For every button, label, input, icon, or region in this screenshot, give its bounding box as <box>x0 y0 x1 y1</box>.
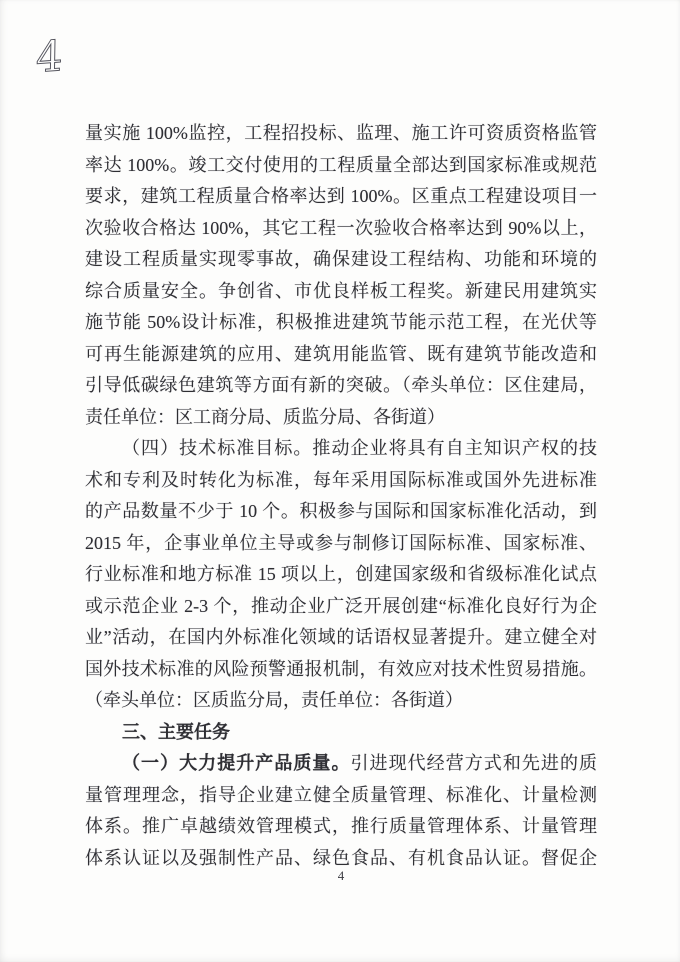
text-line: 引导低碳绿色建筑等方面有新的突破。（牵头单位：区住建局， <box>85 370 597 402</box>
text-line: 业”活动，在国内外标准化领域的话语权显著提升。建立健全对 <box>85 622 597 654</box>
paragraph-text: 引进现代经营方式和先进的质 <box>351 753 598 773</box>
text-line: 2015 年，企事业单位主导或参与制修订国际标准、国家标准、 <box>85 528 597 560</box>
section-heading: 三、主要任务 <box>85 717 597 749</box>
text-line: 施节能 50%设计标准，积极推进建筑节能示范工程，在光伏等 <box>85 307 597 339</box>
text-line: 次验收合格达 100%，其它工程一次验收合格率达到 90%以上， <box>85 213 597 245</box>
paragraph-lead: （一）大力提升产品质量。 <box>122 753 351 773</box>
text-line: 综合质量安全。争创省、市优良样板工程奖。新建民用建筑实 <box>85 276 597 308</box>
text-line: 建设工程质量实现零事故，确保建设工程结构、功能和环境的 <box>85 244 597 276</box>
text-line: 术和专利及时转化为标准，每年采用国际标准或国外先进标准 <box>85 465 597 497</box>
text-line: 量管理理念，指导企业建立健全质量管理、标准化、计量检测 <box>85 780 597 812</box>
text-line: 量实施 100%监控，工程招投标、监理、施工许可资质资格监管 <box>85 118 597 150</box>
text-line: 体系。推广卓越绩效管理模式，推行质量管理体系、计量管理 <box>85 811 597 843</box>
text-line: 国外技术标准的风险预警通报机制，有效应对技术性贸易措施。 <box>85 654 597 686</box>
text-line: 责任单位：区工商分局、质监分局、各街道） <box>85 402 597 434</box>
text-line: 或示范企业 2-3 个，推动企业广泛开展创建“标准化良好行为企 <box>85 591 597 623</box>
text-line: 要求，建筑工程质量合格率达到 100%。区重点工程建设项目一 <box>85 181 597 213</box>
footer-page-number: 4 <box>85 868 597 884</box>
text-line: （一）大力提升产品质量。引进现代经营方式和先进的质 <box>85 748 597 780</box>
scanned-document-page: 4 量实施 100%监控，工程招投标、监理、施工许可资质资格监管 率达 100%… <box>0 0 680 962</box>
text-line: （牵头单位：区质监分局，责任单位：各街道） <box>85 685 597 717</box>
document-body: 量实施 100%监控，工程招投标、监理、施工许可资质资格监管 率达 100%。竣… <box>85 118 597 874</box>
text-line: 率达 100%。竣工交付使用的工程质量全部达到国家标准或规范 <box>85 150 597 182</box>
text-line: （四）技术标准目标。推动企业将具有自主知识产权的技 <box>85 433 597 465</box>
text-line: 的产品数量不少于 10 个。积极参与国际和国家标准化活动，到 <box>85 496 597 528</box>
text-line: 行业标准和地方标准 15 项以上，创建国家级和省级标准化试点 <box>85 559 597 591</box>
text-line: 可再生能源建筑的应用、建筑用能监管、既有建筑节能改造和 <box>85 339 597 371</box>
handwritten-page-number: 4 <box>36 35 63 79</box>
